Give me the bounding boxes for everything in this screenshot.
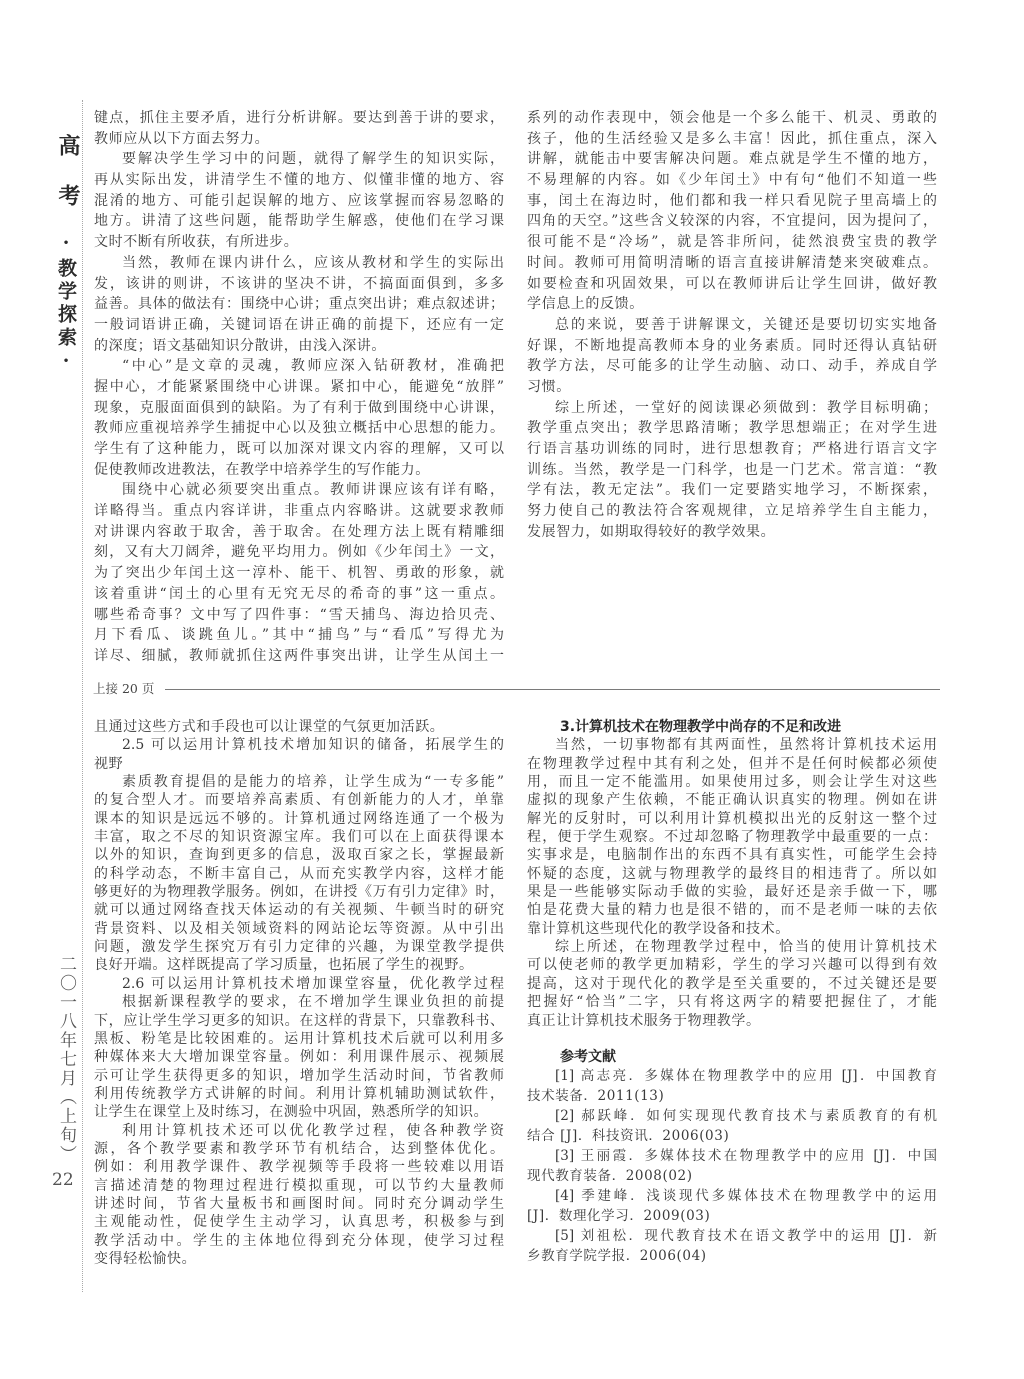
subsection-heading-2-5-cont: 视野 [94, 755, 504, 773]
reference-line: [J]．数理化学习．2009(03) [527, 1206, 937, 1226]
text-line: 为了突出少年闰土这一淳朴、能干、机智、勇敢的形象，就 [94, 563, 504, 584]
reference-line: 现代教育装备．2008(02) [527, 1166, 937, 1186]
text-line: 教师应重视培养学生捕捉中心以及独立概括中心思想的能力。 [94, 418, 504, 439]
text-line: 在物理教学过程中其有利之处，但并不是任何时候都必须使 [527, 755, 937, 773]
bottom-right-column: 3.计算机技术在物理教学中尚存的不足和改进 当然，一切事物都有其两面性，虽然将计… [527, 718, 937, 1030]
text-line: 刻，又有大刀阔斧，避免平均用力。例如《少年闰土》一文， [94, 542, 504, 563]
text-line: 种媒体来大大增加课堂容量。例如：利用课件展示、视频展 [94, 1048, 504, 1066]
text-line: 教学方法，尽可能多的让学生动脑、动口、动手，养成自学 [527, 356, 937, 377]
text-line: 文时不断有所收获，有所进步。 [94, 232, 504, 253]
bottom-left-column: 且通过这些方式和手段也可以让课堂的气氛更加活跃。 2.5 可以运用计算机技术增加… [94, 718, 504, 1268]
text-line: 变得轻松愉快。 [94, 1250, 504, 1268]
text-line: 该着重讲“闰土的心里有无究无尽的希奇的事”这一重点。 [94, 584, 504, 605]
text-line: 事，闰土在海边时，他们都和我一样只看见院子里高墙上的 [527, 191, 937, 212]
reference-line: [3] 王丽霞．多媒体技术在物理教学中的应用 [J]．中国 [527, 1146, 937, 1166]
text-line: 以外的知识，查询到更多的信息，汲取百家之长，掌握最新 [94, 846, 504, 864]
text-line: 对讲课内容敢于取舍，善于取舍。在处理方法上既有精雕细 [94, 522, 504, 543]
text-line: 发展智力，如期取得较好的教学效果。 [527, 522, 937, 543]
text-line: 可以使老师的教学更加精彩，学生的学习兴趣可以得到有效 [527, 956, 937, 974]
reference-line: [2] 郝跃峰．如何实现现代教育技术与素质教育的有机 [527, 1106, 937, 1126]
text-line: 一般词语讲正确，关键词语在讲正确的前提下，还应有一定 [94, 315, 504, 336]
continued-from-note: 上接 20 页 [93, 680, 154, 698]
top-right-column: 系列的动作表现中，领会他是一个多么能干、机灵、勇敢的 孩子，他的生活经验又是多么… [527, 108, 937, 542]
top-left-column: 键点，抓住主要矛盾，进行分析讲解。要达到善于讲的要求， 教师应从以下方面去努力。… [94, 108, 504, 667]
text-line: 主观能动性，促使学生主动学习，认真思考，积极参与到 [94, 1213, 504, 1231]
reference-line: 乡教育学院学报．2006(04) [527, 1246, 937, 1266]
text-line: 果是一些能够实际动手做的实验，最好还是亲手做一下，哪 [527, 883, 937, 901]
reference-line: 技术装备．2011(13) [527, 1086, 937, 1106]
text-line: 解光的反射时，可以利用计算机模拟出光的反射这一整个过 [527, 810, 937, 828]
text-line: 要解决学生学习中的问题，就得了解学生的知识实际， [94, 149, 504, 170]
text-line: 详略得当。重点内容详讲，非重点内容略讲。这就要求教师 [94, 501, 504, 522]
text-line: 用，而且一定不能滥用。如果使用过多，则会让学生对这些 [527, 773, 937, 791]
margin-dotted-rule [82, 100, 83, 1292]
text-line: 努力使自己的教法符合客观规律，立足培养学生自主能力， [527, 501, 937, 522]
text-line: 月下看瓜、谈跳鱼儿。”其中“捕鸟”与“看瓜”写得尤为 [94, 625, 504, 646]
text-line: 真正让计算机技术服务于物理教学。 [527, 1012, 937, 1030]
text-line: 利用计算机技术还可以优化教学过程，使各种教学资 [94, 1122, 504, 1140]
text-line: 教师应从以下方面去努力。 [94, 129, 504, 150]
magazine-page: 高考 ·教学探索· 二〇一八年七月（上旬） 22 键点，抓住主要矛盾，进行分析讲… [0, 0, 1024, 1379]
text-line: 利用传统教学方式讲解的时间。利用计算机辅助测试软件， [94, 1085, 504, 1103]
text-line: 课本的知识是远远不够的。计算机通过网络连通了一个极为 [94, 810, 504, 828]
section-heading: 3.计算机技术在物理教学中尚存的不足和改进 [527, 718, 937, 736]
text-line: 就可以通过网络查找天体运动的有关视频、牛顿当时的研究 [94, 901, 504, 919]
text-line: 学生有了这种能力，既可以加深对课文内容的理解，又可以 [94, 439, 504, 460]
text-line: 根据新课程教学的要求，在不增加学生课业负担的前提 [94, 993, 504, 1011]
text-line: 四角的天空。”这些含义较深的内容，不宜提问，因为提问了， [527, 211, 937, 232]
text-line: 益善。具体的做法有：围绕中心讲；重点突出讲；难点叙述讲； [94, 294, 504, 315]
text-line: 怀疑的态度，这就与物理教学的最终目的相违背了。所以如 [527, 865, 937, 883]
page-number: 22 [52, 1170, 74, 1190]
text-line: 学信息上的反馈。 [527, 294, 937, 315]
text-line: 促使教师改进教法，在教学中培养学生的写作能力。 [94, 460, 504, 481]
text-line: 握中心，才能紧紧围绕中心讲课。紧扣中心，能避免“放胖” [94, 377, 504, 398]
text-line: “中心”是文章的灵魂，教师应深入钻研教材，准确把 [94, 356, 504, 377]
text-line: 习惯。 [527, 377, 937, 398]
text-line: 发，该讲的则讲，不该讲的坚决不讲，不搞面面俱到，多多 [94, 274, 504, 295]
text-line: 讲述时间，节省大量板书和画图时间。同时充分调动学生 [94, 1195, 504, 1213]
section-divider [165, 689, 940, 690]
text-line: 现象，克服面面俱到的缺陷。为了有利于做到围绕中心讲课， [94, 398, 504, 419]
text-line: 程，便于学生观察。不过却忽略了物理教学中最重要的一点： [527, 828, 937, 846]
text-line: 且通过这些方式和手段也可以让课堂的气氛更加活跃。 [94, 718, 504, 736]
text-line: 的科学动态，不断丰富自己，从而充实教学内容，这样才能 [94, 865, 504, 883]
journal-title: 高考 [52, 134, 83, 234]
text-line: 实事求是，电脑制作出的东西不具有真实性，可能学生会持 [527, 846, 937, 864]
text-line: 虚拟的现象产生依赖，不能正确认识真实的物理。例如在讲 [527, 791, 937, 809]
subsection-heading-2-5: 2.5 可以运用计算机技术增加知识的储备，拓展学生的 [94, 736, 504, 754]
text-line: 示可让学生获得更多的知识，增加学生活动时间，节省教师 [94, 1067, 504, 1085]
reference-line: [5] 刘祖松．现代教育技术在语文教学中的运用 [J]．新 [527, 1226, 937, 1246]
text-line: 综上所述，一堂好的阅读课必须做到：教学目标明确； [527, 398, 937, 419]
text-line: 黑板、粉笔是比较困难的。运用计算机技术后就可以利用多 [94, 1030, 504, 1048]
text-line: 不易理解的内容。如《少年闰土》中有句“他们不知道一些 [527, 170, 937, 191]
text-line: 好课，不断地提高教师本身的业务素质。同时还得认真钻研 [527, 336, 937, 357]
text-line: 当然，一切事物都有其两面性，虽然将计算机技术运用 [527, 736, 937, 754]
text-line: 行语言基功训练的同时，进行思想教育；严格进行语言文字 [527, 439, 937, 460]
text-line: 让学生在课堂上及时练习，在测验中巩固，熟悉所学的知识。 [94, 1103, 504, 1121]
text-line: 的深度；语文基础知识分散讲，由浅入深讲。 [94, 336, 504, 357]
text-line: 混淆的地方、可能引起误解的地方、应该掌握而容易忽略的 [94, 191, 504, 212]
text-line: 源，各个教学要素和教学环节有机结合，达到整体优化。 [94, 1140, 504, 1158]
text-line: 当然，教师在课内讲什么，应该从教材和学生的实际出 [94, 253, 504, 274]
text-line: 良好开端。这样既提高了学习质量，也拓展了学生的视野。 [94, 956, 504, 974]
text-line: 言描述清楚的物理过程进行模拟重现，可以节约大量教师 [94, 1177, 504, 1195]
text-line: 讲解，就能击中要害解决问题。难点就是学生不懂的地方， [527, 149, 937, 170]
text-line: 的复合型人才。而要培养高素质、有创新能力的人才，单靠 [94, 791, 504, 809]
text-line: 下，应让学生学习更多的知识。在这样的背景下，只靠教科书、 [94, 1012, 504, 1030]
text-line: 靠计算机这些现代化的教学设备和技术。 [527, 920, 937, 938]
references-title: 参考文献 [527, 1048, 937, 1067]
text-line: 综上所述，在物理教学过程中，恰当的使用计算机技术 [527, 938, 937, 956]
text-line: 提高，这对于现代化的教学是至关重要的，不过关键还是要 [527, 975, 937, 993]
text-line: 教学活动中。学生的主体地位得到充分体现，使学习过程 [94, 1232, 504, 1250]
text-line: 地方。讲清了这些问题，能帮助学生解惑，使他们在学习课 [94, 211, 504, 232]
text-line: 怕是花费大量的精力也是很不错的，而不是老师一味的去依 [527, 901, 937, 919]
text-line: 键点，抓住主要矛盾，进行分析讲解。要达到善于讲的要求， [94, 108, 504, 129]
text-line: 详尽、细腻，教师就抓住这两件事突出讲，让学生从闰土一 [94, 646, 504, 667]
text-line: 够更好的为物理教学服务。例如，在讲授《万有引力定律》时， [94, 883, 504, 901]
text-line: 素质教育提倡的是能力的培养，让学生成为“一专多能” [94, 773, 504, 791]
text-line: 训练。当然，教学是一门科学，也是一门艺术。常言道：“教 [527, 460, 937, 481]
text-line: 学有法，教无定法”。我们一定要踏实地学习，不断探索， [527, 480, 937, 501]
section-label: ·教学探索· [53, 232, 80, 376]
text-line: 背景资料、以及相关领域资料的网站论坛等资源。从中引出 [94, 920, 504, 938]
text-line: 很可能不是“冷场”，就是答非所问，徒然浪费宝贵的教学 [527, 232, 937, 253]
text-line: 围绕中心就必须要突出重点。教师讲课应该有详有略， [94, 480, 504, 501]
text-line: 教学重点突出；教学思路清晰；教学思想端正；在对学生进 [527, 418, 937, 439]
subsection-heading-2-6: 2.6 可以运用计算机技术增加课堂容量，优化教学过程 [94, 975, 504, 993]
text-line: 系列的动作表现中，领会他是一个多么能干、机灵、勇敢的 [527, 108, 937, 129]
issue-date: 二〇一八年七月（上旬） [54, 955, 79, 1164]
text-line: 如要检查和巩固效果，可以在教师讲后让学生回讲，做好教 [527, 274, 937, 295]
text-line: 丰富，取之不尽的知识资源宝库。我们可以在上面获得课本 [94, 828, 504, 846]
references-list: [1] 高志亮．多媒体在物理教学中的应用 [J]．中国教育 技术装备．2011(… [527, 1066, 937, 1266]
reference-line: [1] 高志亮．多媒体在物理教学中的应用 [J]．中国教育 [527, 1066, 937, 1086]
text-line: 再从实际出发，讲清学生不懂的地方、似懂非懂的地方、容 [94, 170, 504, 191]
text-line: 哪些希奇事？文中写了四件事：“雪天捕鸟、海边拾贝壳、 [94, 605, 504, 626]
text-line: 总的来说，要善于讲解课文，关键还是要切切实实地备 [527, 315, 937, 336]
text-line: 把握好“恰当”二字，只有将这两字的精要把握住了，才能 [527, 993, 937, 1011]
text-line: 问题，激发学生探究万有引力定律的兴趣，为课堂教学提供 [94, 938, 504, 956]
text-line: 孩子，他的生活经验又是多么丰富！因此，抓住重点，深入 [527, 129, 937, 150]
text-line: 时间。教师可用简明清晰的语言直接讲解清楚来突破难点。 [527, 253, 937, 274]
reference-line: [4] 季建峰．浅谈现代多媒体技术在物理教学中的运用 [527, 1186, 937, 1206]
reference-line: 结合 [J]．科技资讯．2006(03) [527, 1126, 937, 1146]
text-line: 例如：利用教学课件、教学视频等手段将一些较难以用语 [94, 1158, 504, 1176]
